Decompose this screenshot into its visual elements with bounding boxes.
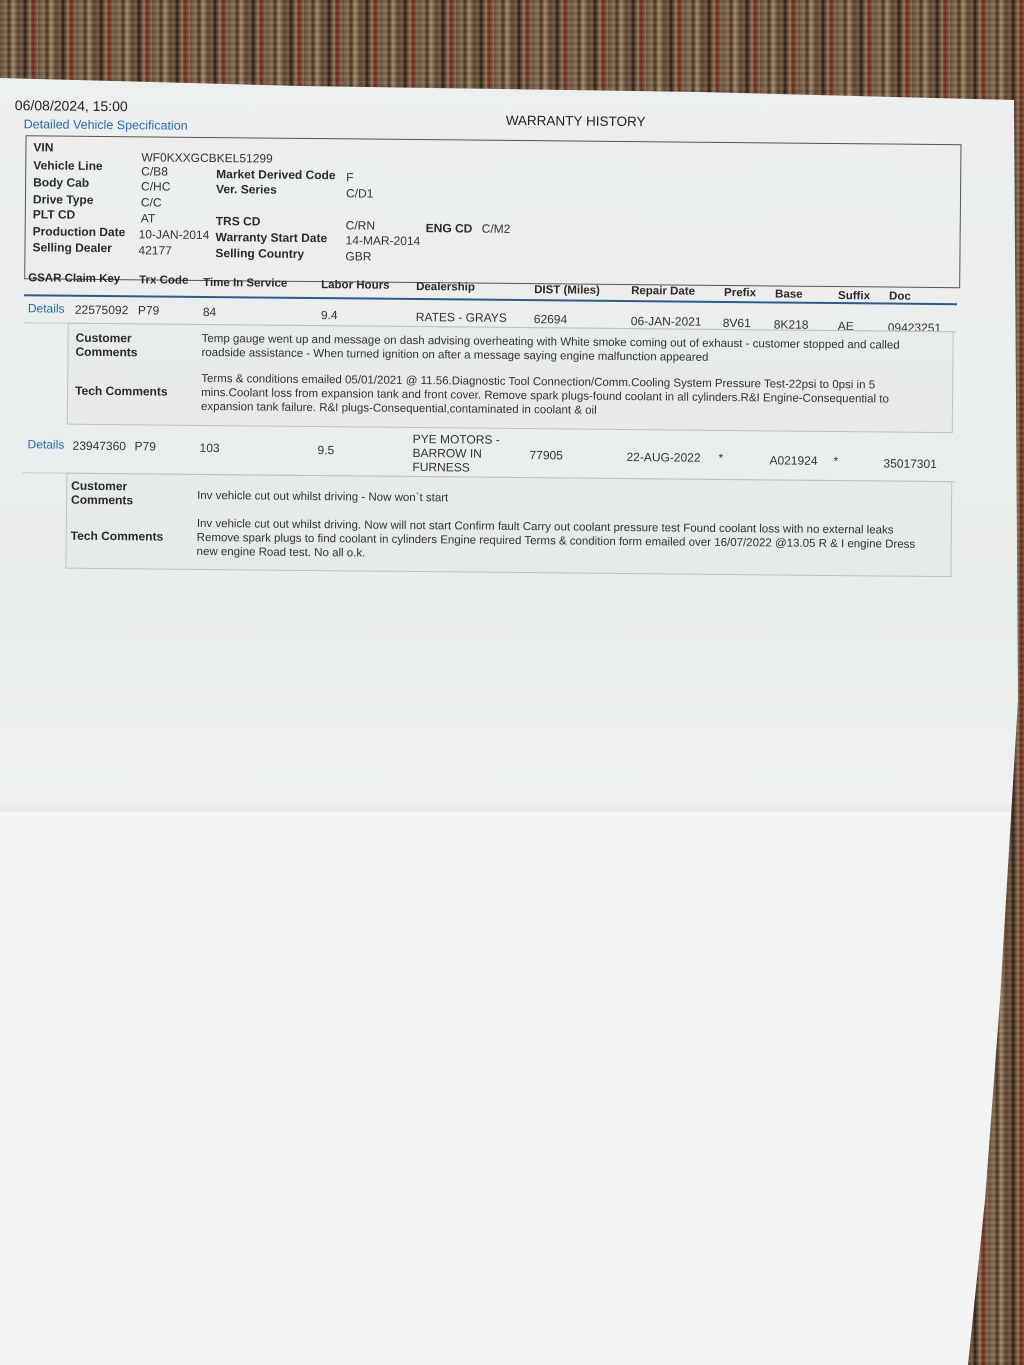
ver-series-label: Ver. Series [216,182,277,197]
col-labor-hours: Labor Hours [321,279,389,292]
vin-label: VIN [33,140,53,154]
col-doc: Doc [889,291,911,303]
warranty-start-date-label: Warranty Start Date [216,230,328,245]
col-time-in-service: Time In Service [203,277,287,290]
selling-country-value: GBR [345,249,371,263]
eng-cd-label: ENG CD [426,221,473,235]
printed-page: 06/08/2024, 15:00 WARRANTY HISTORY Detai… [0,0,1024,1365]
labor-hours: 9.5 [317,443,334,457]
labor-hours: 9.4 [321,308,338,322]
tech-comments-text: Terms & conditions emailed 05/01/2021 @ … [201,372,941,421]
prefix: * [718,451,723,465]
trs-cd-label: TRS CD [216,214,261,228]
time-in-service: 84 [203,305,216,319]
selling-country-label: Selling Country [215,246,304,261]
repair-date: 06-JAN-2021 [631,314,702,329]
dist-miles: 77905 [529,448,563,462]
claim-key: 23947360 [73,439,127,454]
vehicle-line-value: C/B8 [141,164,168,178]
market-derived-code-value: F [346,170,353,184]
trx-code: P79 [138,303,159,317]
vehicle-line-label: Vehicle Line [33,158,103,173]
dealership: RATES - GRAYS [416,310,507,325]
col-suffix: Suffix [838,290,870,302]
vin-value: WF0KXXGCBKEL51299 [141,150,273,165]
col-trx-code: Trx Code [139,274,188,286]
details-link[interactable]: Details [28,301,65,315]
customer-comments-label: Customer Comments [75,331,145,360]
eng-cd-value: C/M2 [482,222,511,236]
body-cab-label: Body Cab [33,175,89,190]
dist-miles: 62694 [534,312,568,326]
trs-cd-value: C/RN [346,218,375,232]
dealership: PYE MOTORS - BARROW IN FURNESS [412,432,517,475]
production-date-label: Production Date [33,224,126,239]
tech-comments-label: Tech Comments [75,384,168,399]
drive-type-value: C/C [141,195,162,209]
tech-comments-label: Tech Comments [71,529,164,544]
claim-key: 22575092 [75,303,129,318]
paper-fold-crease [0,800,1024,824]
col-base: Base [775,288,803,300]
production-date-value: 10-JAN-2014 [139,227,210,242]
warranty-history-document: 06/08/2024, 15:00 WARRANTY HISTORY Detai… [0,0,1024,710]
doc: 35017301 [883,456,937,471]
ver-series-value: C/D1 [346,186,373,200]
selling-dealer-value: 42177 [138,243,172,257]
plt-cd-value: AT [141,211,156,225]
col-repair-date: Repair Date [631,285,695,298]
print-timestamp: 06/08/2024, 15:00 [15,97,128,114]
col-dealership: Dealership [416,281,475,294]
customer-comments-label-text: Customer Comments [75,331,145,360]
col-gsar-claim-key: GSAR Claim Key [28,272,120,285]
customer-comments-label: Customer Comments [71,479,141,508]
plt-cd-label: PLT CD [33,207,76,221]
detailed-vehicle-specification-link[interactable]: Detailed Vehicle Specification [24,117,188,133]
customer-comments-label-text: Customer Comments [71,479,141,508]
details-link[interactable]: Details [28,437,65,451]
page-title: WARRANTY HISTORY [506,113,646,129]
time-in-service: 103 [200,441,220,455]
body-cab-value: C/HC [141,179,170,193]
drive-type-label: Drive Type [33,192,94,207]
suffix: * [833,454,838,468]
selling-dealer-label: Selling Dealer [32,240,112,255]
base: A021924 [769,453,817,467]
repair-date: 22-AUG-2022 [626,450,700,465]
warranty-start-date-value: 14-MAR-2014 [346,233,421,248]
market-derived-code-label: Market Derived Code [216,167,336,182]
table-header-rule [24,294,957,305]
tech-comments-text: Inv vehicle cut out whilst driving. Now … [197,517,937,566]
col-dist-miles: DIST (Miles) [534,284,600,297]
col-prefix: Prefix [724,287,756,299]
trx-code: P79 [135,439,156,453]
